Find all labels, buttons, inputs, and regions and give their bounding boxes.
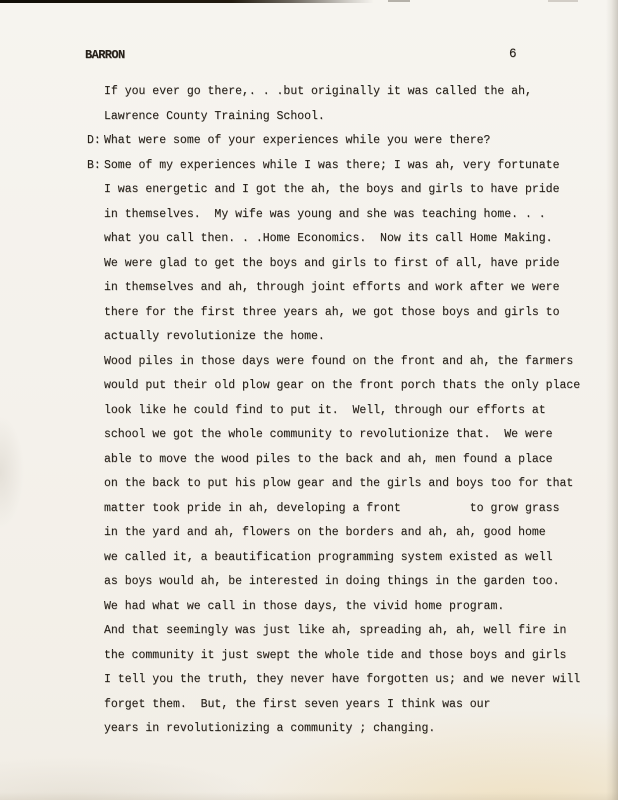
page-number: 6 bbox=[509, 47, 517, 62]
transcript-line: there for the first three years ah, we g… bbox=[104, 301, 604, 326]
interviewee-name: BARRON bbox=[85, 48, 125, 62]
transcript-line: If you ever go there,. . .but originally… bbox=[104, 80, 604, 105]
transcript-text: in themselves. My wife was young and she… bbox=[104, 208, 546, 221]
speaker-label: B: bbox=[87, 154, 101, 179]
transcript-text: forget them. But, the first seven years … bbox=[104, 698, 490, 711]
transcript-text: on the back to put his plow gear and the… bbox=[104, 477, 573, 490]
transcript-text: able to move the wood piles to the back … bbox=[104, 453, 553, 466]
transcript-text: matter took pride in ah, developing a fr… bbox=[104, 502, 559, 515]
transcript-text: I was energetic and I got the ah, the bo… bbox=[104, 183, 559, 196]
transcript-line: Wood piles in those days were found on t… bbox=[104, 350, 604, 375]
transcript-line: on the back to put his plow gear and the… bbox=[104, 472, 604, 497]
transcript-line: the community it just swept the whole ti… bbox=[104, 644, 604, 669]
transcript-text: actually revolutionize the home. bbox=[104, 330, 325, 343]
transcript-line: And that seemingly was just like ah, spr… bbox=[104, 619, 604, 644]
transcript-text: school we got the whole community to rev… bbox=[104, 428, 553, 441]
transcript-text: would put their old plow gear on the fro… bbox=[104, 379, 580, 392]
scan-artifact-top-edge bbox=[0, 0, 374, 3]
transcript-text: in themselves and ah, through joint effo… bbox=[104, 281, 559, 294]
transcript-line: look like he could find to put it. Well,… bbox=[104, 399, 604, 424]
transcript-text: I tell you the truth, they never have fo… bbox=[104, 673, 580, 686]
scanned-transcript-page: BARRON 6 If you ever go there,. . .but o… bbox=[0, 0, 618, 800]
transcript-line: I tell you the truth, they never have fo… bbox=[104, 668, 604, 693]
transcript-line: we called it, a beautification programmi… bbox=[104, 546, 604, 571]
transcript-text: Lawrence County Training School. bbox=[104, 110, 325, 123]
transcript: If you ever go there,. . .but originally… bbox=[104, 80, 604, 742]
transcript-text: What were some of your experiences while… bbox=[104, 134, 490, 147]
transcript-line: school we got the whole community to rev… bbox=[104, 423, 604, 448]
transcript-text: what you call then. . .Home Economics. N… bbox=[104, 232, 553, 245]
transcript-line: Lawrence County Training School. bbox=[104, 105, 604, 130]
transcript-line: would put their old plow gear on the fro… bbox=[104, 374, 604, 399]
transcript-line: as boys would ah, be interested in doing… bbox=[104, 570, 604, 595]
transcript-line: what you call then. . .Home Economics. N… bbox=[104, 227, 604, 252]
transcript-text: the community it just swept the whole ti… bbox=[104, 649, 566, 662]
transcript-line: We had what we call in those days, the v… bbox=[104, 595, 604, 620]
transcript-text: look like he could find to put it. Well,… bbox=[104, 404, 546, 417]
transcript-text: If you ever go there,. . .but originally… bbox=[104, 85, 532, 98]
transcript-line: able to move the wood piles to the back … bbox=[104, 448, 604, 473]
transcript-text: as boys would ah, be interested in doing… bbox=[104, 575, 559, 588]
transcript-line: forget them. But, the first seven years … bbox=[104, 693, 604, 718]
transcript-line: We were glad to get the boys and girls t… bbox=[104, 252, 604, 277]
transcript-line: in themselves. My wife was young and she… bbox=[104, 203, 604, 228]
speaker-label: D: bbox=[87, 129, 101, 154]
transcript-text: in the yard and ah, flowers on the borde… bbox=[104, 526, 546, 539]
transcript-line: years in revolutionizing a community ; c… bbox=[104, 717, 604, 742]
transcript-line: actually revolutionize the home. bbox=[104, 325, 604, 350]
transcript-line: matter took pride in ah, developing a fr… bbox=[104, 497, 604, 522]
transcript-text: years in revolutionizing a community ; c… bbox=[104, 722, 435, 735]
transcript-text: we called it, a beautification programmi… bbox=[104, 551, 553, 564]
transcript-line: in themselves and ah, through joint effo… bbox=[104, 276, 604, 301]
transcript-text: We were glad to get the boys and girls t… bbox=[104, 257, 559, 270]
scan-artifact-speck bbox=[548, 0, 578, 2]
transcript-line: in the yard and ah, flowers on the borde… bbox=[104, 521, 604, 546]
transcript-text: And that seemingly was just like ah, spr… bbox=[104, 624, 566, 637]
transcript-text: We had what we call in those days, the v… bbox=[104, 600, 504, 613]
transcript-text: Some of my experiences while I was there… bbox=[104, 159, 559, 172]
scan-artifact-bottom-edge bbox=[0, 792, 618, 800]
transcript-text: there for the first three years ah, we g… bbox=[104, 306, 559, 319]
transcript-line: B:Some of my experiences while I was the… bbox=[104, 154, 604, 179]
transcript-text: Wood piles in those days were found on t… bbox=[104, 355, 573, 368]
scan-artifact-right-edge bbox=[606, 0, 618, 800]
transcript-line: D:What were some of your experiences whi… bbox=[104, 129, 604, 154]
transcript-line: I was energetic and I got the ah, the bo… bbox=[104, 178, 604, 203]
scan-artifact-speck bbox=[388, 0, 410, 2]
